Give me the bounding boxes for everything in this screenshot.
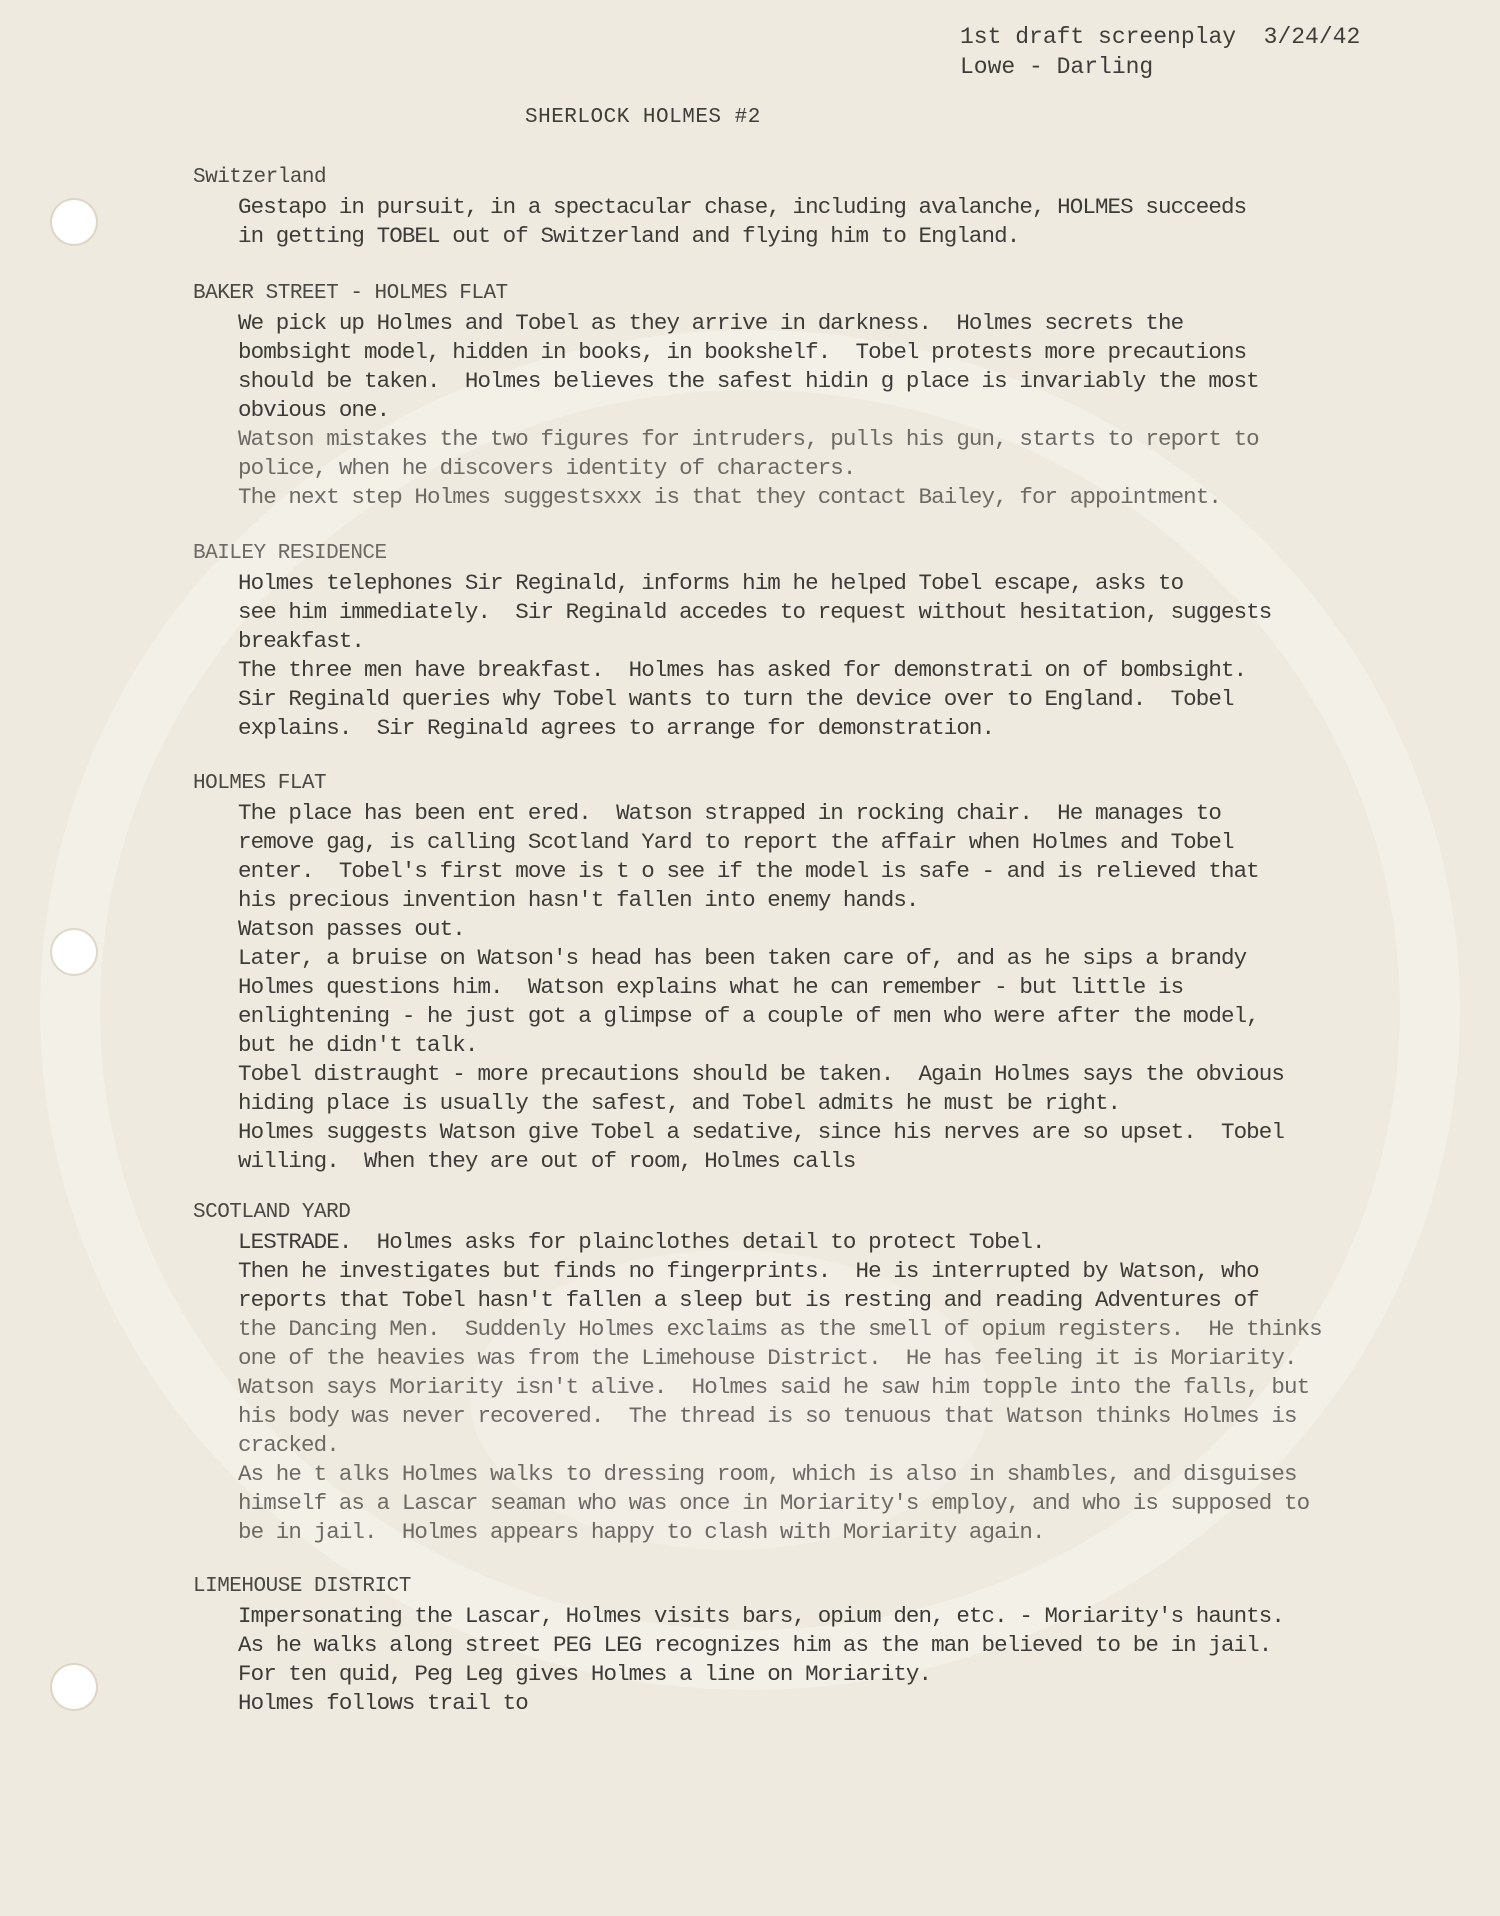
text-line: police, when he discovers identity of ch… bbox=[238, 455, 856, 481]
text-line: his body was never recovered. The thread… bbox=[238, 1403, 1297, 1429]
text-line: but he didn't talk. bbox=[238, 1032, 477, 1058]
document-title: SHERLOCK HOLMES #2 bbox=[525, 106, 761, 129]
punch-hole-top bbox=[52, 200, 96, 244]
text-line: Then he investigates but finds no finger… bbox=[238, 1258, 1259, 1284]
text-line: The place has been ent ered. Watson stra… bbox=[238, 800, 1221, 826]
punch-hole-middle bbox=[52, 930, 96, 974]
text-line: Watson says Moriarity isn't alive. Holme… bbox=[238, 1374, 1309, 1400]
text-line: enter. Tobel's first move is t o see if … bbox=[238, 858, 1259, 884]
text-line: hiding place is usually the safest, and … bbox=[238, 1090, 1120, 1116]
text-line: The three men have breakfast. Holmes has… bbox=[238, 657, 1246, 683]
text-line: Watson passes out. bbox=[238, 916, 465, 942]
section-heading-limehouse-district: LIMEHOUSE DISTRICT bbox=[193, 1575, 411, 1598]
section-heading-holmes-flat: HOLMES FLAT bbox=[193, 772, 326, 795]
text-line: bombsight model, hidden in books, in boo… bbox=[238, 339, 1246, 365]
text-line: the Dancing Men. Suddenly Holmes exclaim… bbox=[238, 1316, 1322, 1342]
text-line: Holmes telephones Sir Reginald, informs … bbox=[238, 570, 1183, 596]
text-line: willing. When they are out of room, Holm… bbox=[238, 1148, 856, 1174]
text-line: see him immediately. Sir Reginald accede… bbox=[238, 599, 1271, 625]
text-line: For ten quid, Peg Leg gives Holmes a lin… bbox=[238, 1661, 931, 1687]
text-line: Watson mistakes the two figures for intr… bbox=[238, 426, 1259, 452]
text-line: be in jail. Holmes appears happy to clas… bbox=[238, 1519, 1045, 1545]
text-line: obvious one. bbox=[238, 397, 389, 423]
text-line: As he t alks Holmes walks to dressing ro… bbox=[238, 1461, 1297, 1487]
text-line: Holmes follows trail to bbox=[238, 1690, 528, 1716]
text-line: his precious invention hasn't fallen int… bbox=[238, 887, 919, 913]
typewritten-page: 1st draft screenplay 3/24/42Lowe - Darli… bbox=[0, 0, 1500, 1916]
text-line: The next step Holmes suggestsxxx is that… bbox=[238, 484, 1221, 510]
punch-hole-bottom bbox=[52, 1665, 96, 1709]
text-line: reports that Tobel hasn't fallen a sleep… bbox=[238, 1287, 1259, 1313]
text-line: Tobel distraught - more precautions shou… bbox=[238, 1061, 1284, 1087]
text-line: Holmes questions him. Watson explains wh… bbox=[238, 974, 1183, 1000]
text-line: explains. Sir Reginald agrees to arrange… bbox=[238, 715, 994, 741]
text-line: remove gag, is calling Scotland Yard to … bbox=[238, 829, 1234, 855]
text-line: Impersonating the Lascar, Holmes visits … bbox=[238, 1603, 1284, 1629]
text-line: Holmes suggests Watson give Tobel a seda… bbox=[238, 1119, 1284, 1145]
section-heading-baker-street: BAKER STREET - HOLMES FLAT bbox=[193, 282, 508, 305]
text-line: cracked. bbox=[238, 1432, 339, 1458]
text-line: Gestapo in pursuit, in a spectacular cha… bbox=[238, 194, 1246, 220]
text-line: breakfast. bbox=[238, 628, 364, 654]
text-line: As he walks along street PEG LEG recogni… bbox=[238, 1632, 1271, 1658]
text-line: Later, a bruise on Watson's head has bee… bbox=[238, 945, 1246, 971]
text-line: LESTRADE. Holmes asks for plainclothes d… bbox=[238, 1229, 1045, 1255]
draft-note-line-1: 1st draft screenplay 3/24/42 bbox=[960, 22, 1360, 52]
section-heading-scotland-yard: SCOTLAND YARD bbox=[193, 1201, 350, 1224]
text-line: one of the heavies was from the Limehous… bbox=[238, 1345, 1297, 1371]
section-heading-bailey-residence: BAILEY RESIDENCE bbox=[193, 542, 387, 565]
text-line: We pick up Holmes and Tobel as they arri… bbox=[238, 310, 1183, 336]
text-line: in getting TOBEL out of Switzerland and … bbox=[238, 223, 1019, 249]
text-line: Sir Reginald queries why Tobel wants to … bbox=[238, 686, 1234, 712]
text-line: enlightening - he just got a glimpse of … bbox=[238, 1003, 1259, 1029]
draft-note-line-2: Lowe - Darling bbox=[960, 52, 1360, 82]
text-line: should be taken. Holmes believes the saf… bbox=[238, 368, 1259, 394]
text-line: himself as a Lascar seaman who was once … bbox=[238, 1490, 1309, 1516]
draft-note: 1st draft screenplay 3/24/42Lowe - Darli… bbox=[960, 22, 1360, 82]
section-heading-switzerland: Switzerland bbox=[193, 166, 326, 189]
